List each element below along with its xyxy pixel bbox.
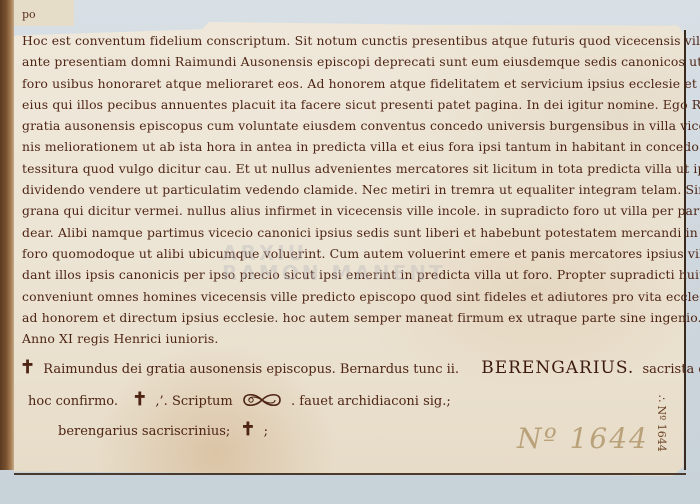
text-line: dant illos ipsis canonicis per ipso prec…: [22, 264, 686, 285]
scriptum-text: ,’. Scriptum: [155, 394, 232, 409]
text-line: Hoc est conventum fidelium conscriptum. …: [22, 30, 686, 51]
text-line: foro quomodoque ut alibi ubicumque volue…: [22, 243, 686, 264]
text-line: grana qui dicitur vermei. nullus alius i…: [22, 200, 686, 221]
charter-body: Hoc est conventum fidelium conscriptum. …: [22, 30, 686, 349]
archive-number: Nº 1644: [517, 422, 649, 455]
text-line: tessitura quod vulgo dicitur cau. Et ut …: [22, 158, 686, 179]
signature-berengarius: berengarius sacriscrinius; ✝ ;: [58, 419, 268, 440]
text-line: dividendo vendere ut particulatim vedend…: [22, 179, 686, 200]
cross-icon: ✝: [20, 357, 35, 378]
bishop-signature-text: Raimundus dei gratia ausonensis episcopu…: [43, 362, 459, 377]
parchment-bottom-edge: [14, 473, 686, 475]
text-line: foro usibus honoraret atque melioraret e…: [22, 73, 686, 94]
text-line: gratia ausonensis episcopus cum voluntat…: [22, 115, 686, 136]
berengarius-capitals: BERENGARIUS.: [481, 358, 634, 378]
text-line: dear. Alibi namque partimus vicecio cano…: [22, 222, 686, 243]
text-line: Anno XI regis Henrici iunioris.: [22, 328, 686, 349]
side-archive-note: ∴ Nº 1644: [655, 395, 668, 452]
end-mark: ;: [264, 424, 268, 439]
text-line: eius qui illos pecibus annuentes placuit…: [22, 94, 686, 115]
text-line: ante presentiam domni Raimundi Ausonensi…: [22, 51, 686, 72]
adjacent-page-fragment: po: [14, 0, 74, 26]
signature-bishop: ✝ Raimundus dei gratia ausonensis episco…: [20, 357, 700, 378]
berengarius-text: berengarius sacriscrinius;: [58, 424, 230, 439]
text-line: nis meliorationem ut ab ista hora in ant…: [22, 136, 686, 157]
cross-icon: ✝: [132, 389, 147, 410]
text-line: ad honorem et directum ipsius ecclesie. …: [22, 307, 686, 328]
fragment-text: po: [22, 8, 36, 21]
archdeacon-text: . fauet archidiaconi sig.;: [291, 394, 451, 409]
cross-icon: ✝: [240, 419, 255, 440]
signature-confirmation: hoc confirmo. ✝ ,’. Scriptum . fauet arc…: [28, 389, 451, 414]
text-line: conveniunt omnes homines vicecensis vill…: [22, 286, 686, 307]
binding-spine: [0, 0, 14, 470]
sacrista-text: sacrista qui: [642, 362, 700, 377]
confirmation-text: hoc confirmo.: [28, 394, 118, 409]
knot-monogram-icon: [241, 390, 283, 414]
